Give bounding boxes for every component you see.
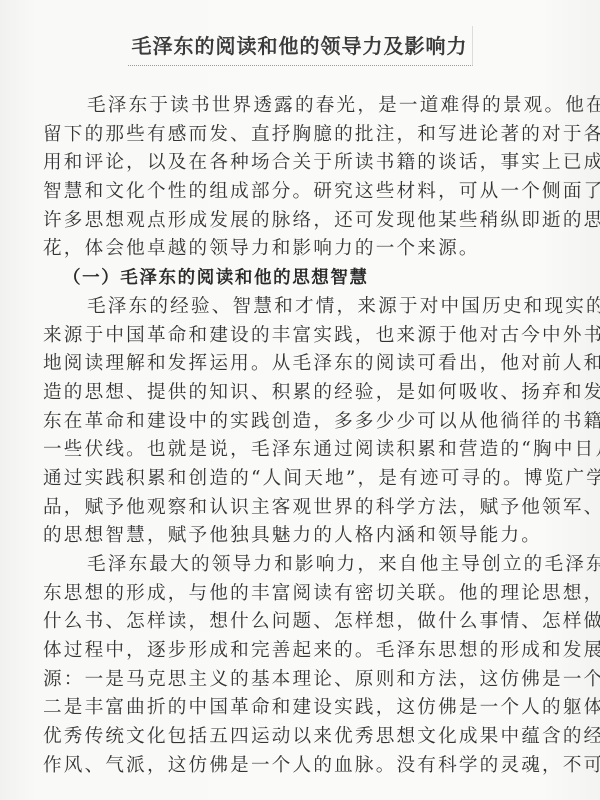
document-body: 毛泽东于读书世界透露的春光，是一道难得的景观。他在读书过程中 留下的那些有感而发…: [43, 92, 573, 781]
text-line: 花，体会他卓越的领导力和影响力的一个来源。: [43, 235, 573, 264]
text-line: 东在革命和建设中的实践创造，多多少少可以从他徜徉的书籍世界里找到: [43, 408, 573, 437]
text-line: 用和评论，以及在各种场合关于所读书籍的谈话，事实上已成为他的思想: [43, 149, 573, 178]
section-heading: （一）毛泽东的阅读和他的思想智慧: [43, 264, 573, 293]
text-line: 的思想智慧，赋予他独具魅力的人格内涵和领导能力。: [43, 522, 573, 551]
text-line: 来源于中国革命和建设的丰富实践，也来源于他对古今中外书籍孜孜不倦: [43, 322, 573, 351]
text-line: 毛泽东最大的领导力和影响力，来自他主导创立的毛泽东思想。毛泽: [43, 551, 573, 580]
text-line: 体过程中，逐步形成和完善起来的。毛泽东思想的形成和发展，有三个来: [43, 637, 573, 666]
text-line: 留下的那些有感而发、直抒胸臆的批注，和写进论著的对于各种书籍的引: [43, 121, 573, 150]
document-title: 毛泽东的阅读和他的领导力及影响力: [128, 26, 473, 66]
text-line: 一些伏线。也就是说，毛泽东通过阅读积累和营造的“胸中日月”，到他: [43, 436, 573, 465]
text-line: 毛泽东于读书世界透露的春光，是一道难得的景观。他在读书过程中: [43, 92, 573, 121]
text-line: 品，赋予他观察和认识主客观世界的科学方法，赋予他领军、理政和治国: [43, 494, 573, 523]
text-line: 二是丰富曲折的中国革命和建设实践，这仿佛是一个人的躯体；三是中国: [43, 694, 573, 723]
text-line: 智慧和文化个性的组成部分。研究这些材料，可从一个侧面了解毛泽东的: [43, 178, 573, 207]
text-line: 源：一是马克思主义的基本理论、原则和方法，这仿佛是一个人的灵魂；: [43, 666, 573, 695]
text-line: 许多思想观点形成发展的脉络，还可发现他某些稍纵即逝的思想探索火: [43, 207, 573, 236]
text-line: 通过实践积累和创造的“人间天地”，是有迹可寻的。博览广学，深读细: [43, 465, 573, 494]
text-line: 什么书、怎样读，想什么问题、怎样想，做什么事情、怎样做这样一些具: [43, 608, 573, 637]
title-container: 毛泽东的阅读和他的领导力及影响力: [0, 26, 600, 66]
document-page: 毛泽东的阅读和他的领导力及影响力 毛泽东于读书世界透露的春光，是一道难得的景观。…: [0, 0, 600, 800]
text-line: 地阅读理解和发挥运用。从毛泽东的阅读可看出，他对前人和同时代人创: [43, 350, 573, 379]
text-line: 毛泽东的经验、智慧和才情，来源于对中国历史和现实的调查研究，: [43, 293, 573, 322]
text-line: 优秀传统文化包括五四运动以来优秀思想文化成果中蕴含的经验、智慧、: [43, 723, 573, 752]
text-line: 造的思想、提供的知识、积累的经验，是如何吸收、扬弃和发展的。毛泽: [43, 379, 573, 408]
text-line: 作风、气派，这仿佛是一个人的血脉。没有科学的灵魂，不可能成为一个: [43, 752, 573, 781]
text-line: 东思想的形成，与他的丰富阅读有密切关联。他的理论思想，常常是在读: [43, 580, 573, 609]
